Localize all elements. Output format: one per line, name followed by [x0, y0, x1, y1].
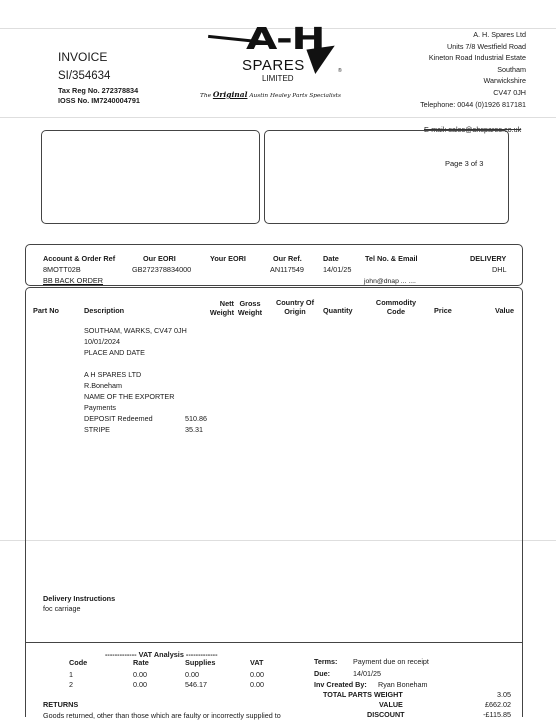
our-ref-value: AN117549 — [270, 265, 304, 274]
vat-cell: 0.00 — [185, 670, 199, 679]
vat-header-code: Code — [69, 658, 87, 667]
col-gross-weight-line: Weight — [236, 308, 264, 317]
value-label: VALUE — [379, 700, 403, 709]
company-telephone: Telephone: 0044 (0)1926 817181 — [420, 99, 526, 111]
col-country-of-origin: Country Of Origin — [270, 298, 320, 316]
col-quantity: Quantity — [323, 306, 353, 315]
account-value: 8MOTT02B — [43, 265, 81, 274]
tagline-suffix: Austin Healey Parts Specialists — [249, 93, 341, 99]
vat-header-rate: Rate — [133, 658, 149, 667]
our-eori-value: GB272378834000 — [132, 265, 191, 274]
tel-email-value: john@dnap ... .... — [364, 278, 416, 285]
col-description: Description — [84, 306, 124, 315]
delivery-value: DHL — [492, 265, 507, 274]
created-by-label: Inv Created By: — [314, 680, 367, 689]
company-name: A. H. Spares Ltd — [420, 29, 526, 41]
vat-header-supplies: Supplies — [185, 658, 215, 667]
company-address: A. H. Spares Ltd Units 7/8 Westfield Roa… — [420, 29, 526, 110]
ioss-number: IOSS No. IM7240004791 — [58, 96, 140, 105]
terms-label: Terms: — [314, 657, 337, 666]
logo-spares: SPARES — [242, 57, 305, 74]
col-value: Value — [495, 306, 514, 315]
vat-cell: 0.00 — [250, 680, 264, 689]
date-value: 14/01/25 — [323, 265, 351, 274]
description-line: NAME OF THE EXPORTER — [84, 392, 174, 401]
created-by-value: Ryan Boneham — [378, 680, 428, 689]
delivery-address-box — [264, 130, 509, 224]
vat-cell: 0.00 — [250, 670, 264, 679]
description-line: 10/01/2024 — [84, 337, 120, 346]
order-ref-value: BB BACK ORDER — [43, 276, 103, 285]
col-commodity-line: Code — [368, 307, 424, 316]
col-nett-weight-line: Nett — [206, 299, 234, 308]
col-gross-weight-line: Gross — [236, 299, 264, 308]
logo-tagline: The Original Austin Healey Parts Special… — [200, 90, 341, 99]
description-line: Payments — [84, 403, 116, 412]
description-line: R.Boneham — [84, 381, 122, 390]
col-part-no: Part No — [33, 306, 59, 315]
delivery-instructions-text: foc carriage — [43, 604, 81, 613]
invoice-number: SI/354634 — [58, 70, 110, 82]
returns-text: Goods returned, other than those which a… — [43, 711, 281, 720]
vat-cell: 0.00 — [133, 680, 147, 689]
col-nett-weight-line: Weight — [206, 308, 234, 317]
delivery-header: DELIVERY — [470, 254, 506, 263]
address-line: Kineton Road Industrial Estate — [420, 52, 526, 64]
vat-cell: 2 — [69, 680, 73, 689]
vat-cell: 0.00 — [133, 670, 147, 679]
vat-header-vat: VAT — [250, 658, 264, 667]
vat-cell: 1 — [69, 670, 73, 679]
document-title: INVOICE — [58, 50, 107, 64]
page-indicator: Page 3 of 3 — [445, 159, 483, 168]
logo-limited: LIMITED — [262, 74, 294, 83]
our-ref-header: Our Ref. — [273, 254, 302, 263]
billing-address-box — [41, 130, 260, 224]
discount-amount: -£115.85 — [483, 710, 511, 719]
tagline-prefix: The — [200, 93, 211, 99]
returns-heading: RETURNS — [43, 700, 78, 709]
description-line: A H SPARES LTD — [84, 370, 141, 379]
due-value: 14/01/25 — [353, 669, 381, 678]
address-line: Southam — [420, 64, 526, 76]
section-divider — [25, 642, 523, 643]
tax-reg-number: Tax Reg No. 272378834 — [58, 86, 138, 95]
tel-email-header: Tel No. & Email — [365, 254, 418, 263]
description-line: PLACE AND DATE — [84, 348, 145, 357]
company-logo: A-H SPARES ® LIMITED The Original Austin… — [198, 24, 358, 102]
col-commodity-code: Commodity Code — [368, 298, 424, 316]
col-country-line: Country Of — [270, 298, 320, 307]
discount-label: DISCOUNT — [367, 710, 405, 719]
description-amount: 510.86 — [185, 414, 207, 423]
address-line: Units 7/8 Westfield Road — [420, 41, 526, 53]
vat-cell: 546.17 — [185, 680, 207, 689]
account-header: Account & Order Ref — [43, 254, 115, 263]
col-country-line: Origin — [270, 307, 320, 316]
date-header: Date — [323, 254, 339, 263]
col-price: Price — [434, 306, 452, 315]
col-gross-weight: Gross Weight — [236, 299, 264, 317]
col-nett-weight: Nett Weight — [206, 299, 234, 317]
our-eori-header: Our EORI — [143, 254, 176, 263]
value-amount: £662.02 — [485, 700, 511, 709]
description-line: DEPOSIT Redeemed — [84, 414, 153, 423]
address-line: CV47 0JH — [420, 87, 526, 99]
delivery-instructions-label: Delivery Instructions — [43, 594, 115, 603]
address-line: Warwickshire — [420, 75, 526, 87]
description-line: SOUTHAM, WARKS, CV47 0JH — [84, 326, 187, 335]
col-commodity-line: Commodity — [368, 298, 424, 307]
scan-artifact — [0, 117, 556, 118]
total-weight-label: TOTAL PARTS WEIGHT — [323, 690, 403, 699]
tagline-original: Original — [213, 90, 248, 99]
registered-mark: ® — [338, 68, 342, 74]
description-amount: 35.31 — [185, 425, 203, 434]
your-eori-header: Your EORI — [210, 254, 246, 263]
terms-value: Payment due on receipt — [353, 657, 429, 666]
description-line: STRIPE — [84, 425, 110, 434]
due-label: Due: — [314, 669, 330, 678]
total-weight-value: 3.05 — [497, 690, 511, 699]
